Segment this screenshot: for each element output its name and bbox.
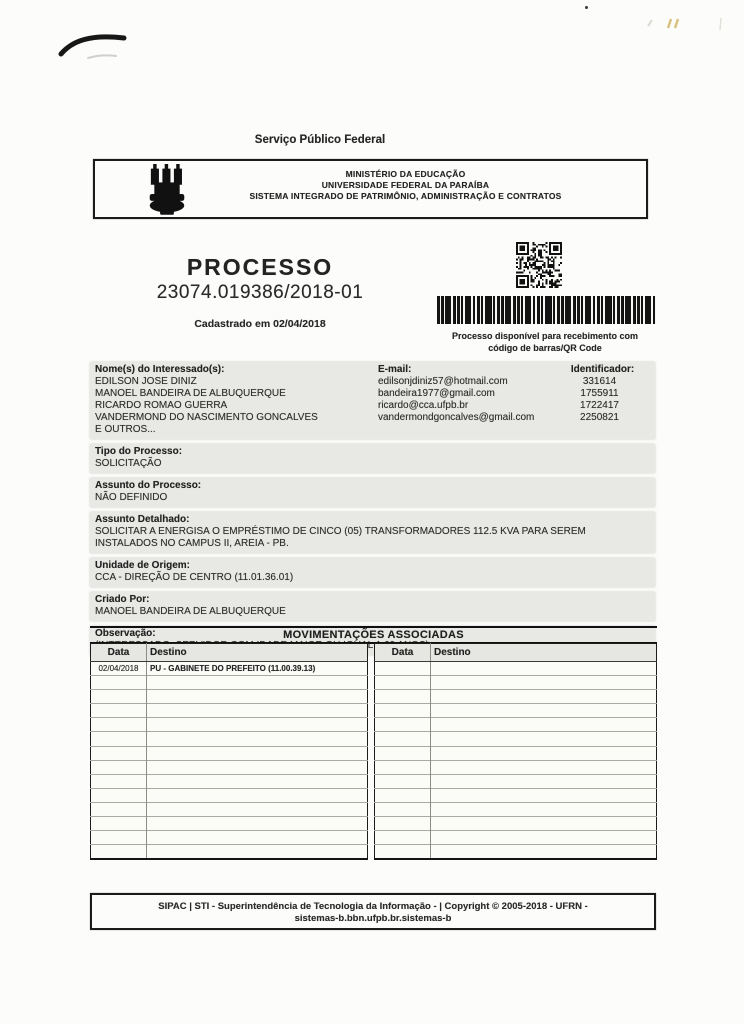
- mov-cell-data: [375, 732, 431, 746]
- mov-row: [91, 788, 368, 802]
- interessados-block: Nome(s) do Interessado(s): E-mail: Ident…: [90, 362, 655, 439]
- col-header-nome: Nome(s) do Interessado(s):: [95, 364, 378, 376]
- processo-block: PROCESSO 23074.019386/2018-01 Cadastrado…: [85, 254, 435, 330]
- interessados-header-row: Nome(s) do Interessado(s): E-mail: Ident…: [95, 364, 655, 376]
- mov-cell-destino: [431, 831, 657, 845]
- col-header-email: E-mail:: [378, 364, 550, 376]
- mov-cell-data: [375, 704, 431, 718]
- mov-row: [375, 817, 657, 831]
- interessado-email: edilsonjdiniz57@hotmail.com: [378, 376, 550, 388]
- interessado-id: 1722417: [550, 400, 655, 412]
- mov-cell-data: [91, 845, 147, 859]
- mov-col-data: Data: [375, 644, 431, 662]
- field-value: SOLICITAR A ENERGISA O EMPRÉSTIMO DE CIN…: [95, 526, 655, 550]
- mov-cell-destino: [431, 788, 657, 802]
- mov-row: 02/04/2018PU - GABINETE DO PREFEITO (11.…: [91, 662, 368, 676]
- mov-row: [375, 704, 657, 718]
- interessados-more: E OUTROS...: [95, 424, 378, 436]
- mov-cell-destino: [431, 676, 657, 690]
- mov-cell-data: [375, 774, 431, 788]
- mov-cell-data: [375, 676, 431, 690]
- mov-row: [91, 676, 368, 690]
- field-value: SOLICITAÇÃO: [95, 458, 655, 470]
- mov-row: [91, 704, 368, 718]
- interessado-email: bandeira1977@gmail.com: [378, 388, 550, 400]
- mov-cell-data: [375, 845, 431, 859]
- interessado-email: ricardo@cca.ufpb.br: [378, 400, 550, 412]
- service-title: Serviço Público Federal: [0, 134, 640, 146]
- mov-cell-destino: [147, 718, 368, 732]
- interessado-nome: VANDERMOND DO NASCIMENTO GONCALVES: [95, 412, 378, 424]
- mov-cell-destino: [147, 746, 368, 760]
- mov-cell-data: 02/04/2018: [91, 662, 147, 676]
- mov-cell-destino: [147, 760, 368, 774]
- mov-cell-data: [375, 746, 431, 760]
- mov-cell-data: [91, 760, 147, 774]
- movimentacoes-tables: Data Destino 02/04/2018PU - GABINETE DO …: [90, 643, 657, 860]
- mov-cell-destino: [147, 802, 368, 816]
- mov-cell-destino: [431, 817, 657, 831]
- interessados-more-row: E OUTROS...: [95, 424, 655, 436]
- mov-row: [91, 774, 368, 788]
- mov-cell-destino: [431, 704, 657, 718]
- mov-cell-data: [91, 817, 147, 831]
- mov-cell-data: [91, 788, 147, 802]
- processo-registered-date: Cadastrado em 02/04/2018: [85, 318, 435, 330]
- mov-row: [375, 676, 657, 690]
- mov-row: [91, 760, 368, 774]
- processo-title: PROCESSO: [85, 254, 435, 281]
- mov-col-data: Data: [91, 644, 147, 662]
- movimentacoes-title: MOVIMENTAÇÕES ASSOCIADAS: [90, 626, 657, 644]
- mov-row: [375, 788, 657, 802]
- interessado-nome: EDILSON JOSE DINIZ: [95, 376, 378, 388]
- mov-table-left: Data Destino 02/04/2018PU - GABINETE DO …: [90, 643, 368, 860]
- mov-col-destino: Destino: [431, 644, 657, 662]
- mov-col-destino: Destino: [147, 644, 368, 662]
- barcode-caption: Processo disponível para recebimento com…: [420, 331, 670, 354]
- mov-cell-data: [375, 718, 431, 732]
- mov-cell-destino: [431, 662, 657, 676]
- mov-header-row: Data Destino: [91, 644, 368, 662]
- mov-header-row: Data Destino: [375, 644, 657, 662]
- mov-row: [91, 845, 368, 859]
- mov-row: [375, 662, 657, 676]
- field-unidade-origem: Unidade de Origem: CCA - DIREÇÃO DE CENT…: [90, 558, 655, 587]
- mov-cell-data: [91, 732, 147, 746]
- mov-cell-data: [91, 802, 147, 816]
- mov-cell-destino: [431, 774, 657, 788]
- mov-cell-data: [91, 746, 147, 760]
- process-info-section: Nome(s) do Interessado(s): E-mail: Ident…: [90, 362, 655, 655]
- mov-cell-data: [91, 676, 147, 690]
- mov-cell-destino: [431, 802, 657, 816]
- barcode-caption-line2: código de barras/QR Code: [420, 343, 670, 355]
- org-line-university: UNIVERSIDADE FEDERAL DA PARAÍBA: [205, 180, 606, 191]
- processo-number: 23074.019386/2018-01: [85, 282, 435, 304]
- org-header-box: MINISTÉRIO DA EDUCAÇÃO UNIVERSIDADE FEDE…: [93, 159, 648, 219]
- mov-cell-destino: [147, 732, 368, 746]
- mov-cell-destino: [431, 690, 657, 704]
- interessado-id: 2250821: [550, 412, 655, 424]
- mov-cell-destino: [431, 746, 657, 760]
- footer-line2: sistemas-b.bbn.ufpb.br.sistemas-b: [92, 913, 654, 925]
- footer-line1: SIPAC | STI - Superintendência de Tecnol…: [92, 901, 654, 913]
- mov-cell-data: [91, 718, 147, 732]
- qr-code: [516, 242, 562, 288]
- mov-cell-data: [375, 760, 431, 774]
- mov-cell-destino: [147, 774, 368, 788]
- interessado-nome: RICARDO ROMAO GUERRA: [95, 400, 378, 412]
- mov-cell-destino: PU - GABINETE DO PREFEITO (11.00.39.13): [147, 662, 368, 676]
- field-label: Criado Por:: [95, 594, 655, 606]
- org-line-system: SISTEMA INTEGRADO DE PATRIMÔNIO, ADMINIS…: [205, 191, 606, 202]
- mov-cell-destino: [147, 690, 368, 704]
- mov-row: [91, 746, 368, 760]
- mov-row: [91, 802, 368, 816]
- interessado-row: MANOEL BANDEIRA DE ALBUQUERQUE bandeira1…: [95, 388, 655, 400]
- mov-cell-destino: [147, 845, 368, 859]
- field-value: NÃO DEFINIDO: [95, 492, 655, 504]
- mov-row: [375, 746, 657, 760]
- mov-cell-data: [91, 774, 147, 788]
- mov-row: [375, 690, 657, 704]
- field-assunto-detalhado: Assunto Detalhado: SOLICITAR A ENERGISA …: [90, 512, 655, 553]
- field-value: MANOEL BANDEIRA DE ALBUQUERQUE: [95, 606, 655, 618]
- mov-cell-data: [375, 690, 431, 704]
- mov-row: [91, 732, 368, 746]
- field-assunto-processo: Assunto do Processo: NÃO DEFINIDO: [90, 478, 655, 507]
- interessado-id: 1755911: [550, 388, 655, 400]
- highlighter-mark: [644, 12, 734, 34]
- mov-row: [375, 760, 657, 774]
- mov-row: [91, 718, 368, 732]
- mov-cell-data: [375, 802, 431, 816]
- mov-cell-destino: [431, 718, 657, 732]
- field-label: Tipo do Processo:: [95, 446, 655, 458]
- field-value: CCA - DIREÇÃO DE CENTRO (11.01.36.01): [95, 572, 655, 584]
- mov-cell-destino: [147, 704, 368, 718]
- mov-row: [91, 817, 368, 831]
- interessado-id: 331614: [550, 376, 655, 388]
- mov-cell-destino: [147, 788, 368, 802]
- field-tipo-processo: Tipo do Processo: SOLICITAÇÃO: [90, 444, 655, 473]
- mov-row: [375, 732, 657, 746]
- mov-row: [375, 718, 657, 732]
- field-criado-por: Criado Por: MANOEL BANDEIRA DE ALBUQUERQ…: [90, 592, 655, 621]
- scan-speck: [585, 6, 588, 9]
- interessado-nome: MANOEL BANDEIRA DE ALBUQUERQUE: [95, 388, 378, 400]
- mov-cell-data: [375, 831, 431, 845]
- field-label: Unidade de Origem:: [95, 560, 655, 572]
- mov-table-right: Data Destino: [374, 643, 657, 860]
- mov-cell-data: [91, 690, 147, 704]
- mov-cell-data: [375, 662, 431, 676]
- interessado-row: VANDERMOND DO NASCIMENTO GONCALVES vande…: [95, 412, 655, 424]
- mov-cell-destino: [147, 676, 368, 690]
- mov-row: [375, 774, 657, 788]
- mov-cell-destino: [431, 732, 657, 746]
- mov-row: [375, 845, 657, 859]
- mov-row: [91, 831, 368, 845]
- mov-cell-data: [91, 704, 147, 718]
- mov-row: [375, 831, 657, 845]
- mov-cell-destino: [431, 760, 657, 774]
- mov-cell-destino: [147, 817, 368, 831]
- field-label: Assunto do Processo:: [95, 480, 655, 492]
- mov-row: [375, 802, 657, 816]
- mov-cell-data: [375, 817, 431, 831]
- mov-cell-destino: [431, 845, 657, 859]
- mov-cell-data: [91, 831, 147, 845]
- mov-cell-destino: [147, 831, 368, 845]
- mov-row: [91, 690, 368, 704]
- footer-box: SIPAC | STI - Superintendência de Tecnol…: [90, 893, 656, 930]
- org-line-ministry: MINISTÉRIO DA EDUCAÇÃO: [205, 169, 606, 180]
- interessado-email: vandermondgoncalves@gmail.com: [378, 412, 550, 424]
- col-header-identificador: Identificador:: [550, 364, 655, 376]
- interessado-row: EDILSON JOSE DINIZ edilsonjdiniz57@hotma…: [95, 376, 655, 388]
- ufpb-seal-icon: [143, 164, 191, 217]
- barcode-caption-line1: Processo disponível para recebimento com: [420, 331, 670, 343]
- mov-cell-data: [375, 788, 431, 802]
- scanned-document-page: Serviço Público Federal MINISTÉRIO DA ED…: [0, 0, 744, 1024]
- org-title-lines: MINISTÉRIO DA EDUCAÇÃO UNIVERSIDADE FEDE…: [205, 169, 606, 202]
- field-label: Assunto Detalhado:: [95, 514, 655, 526]
- pen-scribble-artifact: [58, 28, 130, 62]
- interessado-row: RICARDO ROMAO GUERRA ricardo@cca.ufpb.br…: [95, 400, 655, 412]
- barcode: [437, 296, 656, 324]
